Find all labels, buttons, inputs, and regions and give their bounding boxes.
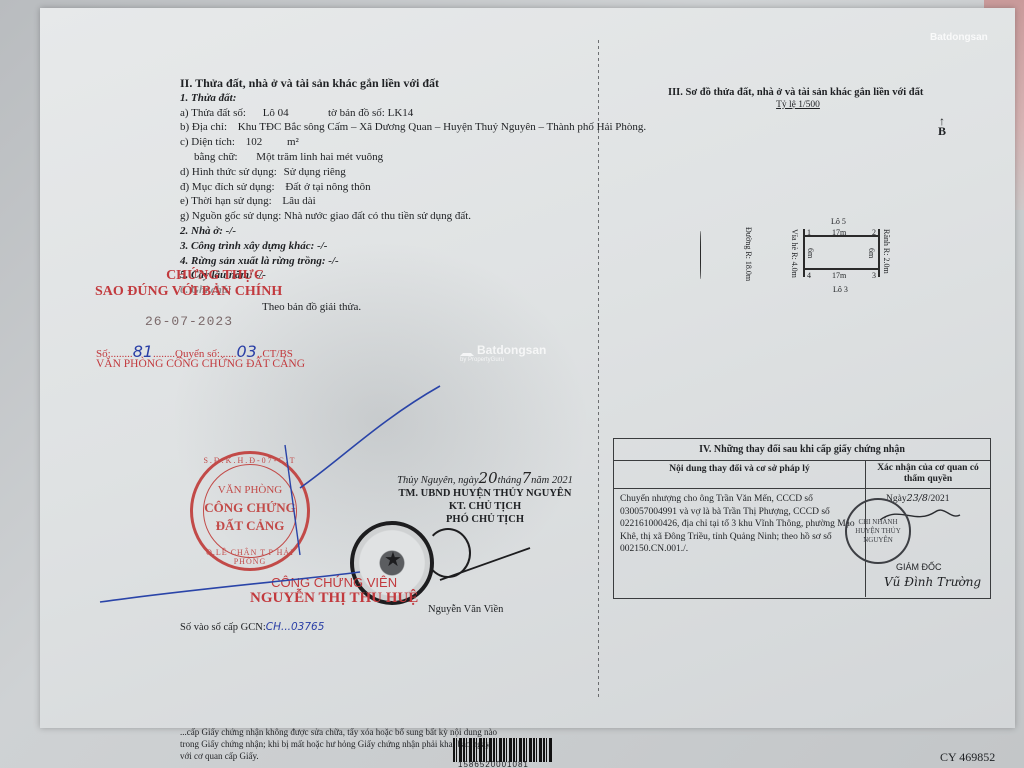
registry-label: Số vào sổ cấp GCN: bbox=[180, 622, 266, 633]
page-fold-line bbox=[598, 40, 599, 700]
term-row: e) Thời hạn sử dụng: Lâu dài bbox=[180, 194, 580, 209]
parcel-label: a) Thửa đất số: bbox=[180, 107, 246, 119]
forest-row: 4. Rừng sản xuất là rừng trồng: -/- bbox=[180, 254, 580, 269]
watermark-center-text: Batdongsan bbox=[477, 343, 546, 357]
notary-title: CÔNG CHỨNG VIÊN bbox=[250, 575, 418, 590]
bottom-neighbor-label: Lô 3 bbox=[833, 285, 848, 294]
col-content-header: Nội dung thay đổi và cơ sở pháp lý bbox=[614, 461, 866, 488]
signing-month-label: tháng bbox=[498, 475, 522, 486]
map-label: tờ bản đồ số: bbox=[328, 107, 385, 119]
area-words-label: bằng chữ: bbox=[194, 151, 238, 163]
signing-place: Thủy Nguyên, ngày bbox=[397, 475, 478, 486]
term-value: Lâu dài bbox=[282, 195, 315, 207]
area-words-row: bằng chữ: Một trăm linh hai mét vuông bbox=[180, 150, 580, 165]
section-title-ii: II. Thửa đất, nhà ở và tài sản khác gắn … bbox=[180, 76, 580, 91]
section-title-iii: III. Sơ đồ thửa đất, nhà ở và tài sản kh… bbox=[668, 87, 958, 98]
term-label: e) Thời hạn sử dụng: bbox=[180, 195, 272, 207]
origin-row: g) Nguồn gốc sử dụng: Nhà nước giao đất … bbox=[180, 209, 580, 224]
parcel-outline bbox=[804, 235, 879, 270]
parcel-left-edge bbox=[803, 229, 805, 277]
map-sheet: tờ bản đồ số: LK14 bbox=[328, 106, 413, 121]
seal-line2: CÔNG CHỨNG bbox=[193, 500, 307, 516]
address-value: Khu TĐC Bắc sông Cấm – Xã Dương Quan – H… bbox=[238, 121, 646, 133]
address-row: b) Địa chỉ: Khu TĐC Bắc sông Cấm – Xã Dư… bbox=[180, 120, 580, 135]
road-label: Đường R: 18.0m bbox=[744, 227, 753, 281]
house-logo-icon bbox=[460, 346, 474, 356]
signing-role1: KT. CHỦ TỊCH bbox=[380, 500, 590, 513]
confirm-date-value: 23/8 bbox=[907, 493, 928, 504]
purpose-label: đ) Mục đích sử dụng: bbox=[180, 181, 275, 193]
parcel-diagram-section: III. Sơ đồ thửa đất, nhà ở và tài sản kh… bbox=[668, 87, 958, 110]
warning-text: ...cấp Giấy chứng nhận không được sửa ch… bbox=[180, 726, 500, 762]
watermark-top-right: Batdongsan bbox=[930, 32, 988, 43]
area-label: c) Diện tích: bbox=[180, 136, 235, 148]
parcel-value: Lô 04 bbox=[263, 107, 289, 119]
area-value: 102 bbox=[246, 136, 263, 148]
area-words-value: Một trăm linh hai mét vuông bbox=[256, 151, 383, 163]
changes-table: IV. Những thay đổi sau khi cấp giấy chứn… bbox=[613, 438, 991, 599]
seal-line1: VĂN PHÒNG bbox=[193, 484, 307, 496]
cert-office: VĂN PHÒNG CÔNG CHỨNG ĐẤT CẢNG bbox=[96, 358, 305, 370]
changes-header-row: Nội dung thay đổi và cơ sở pháp lý Xác n… bbox=[614, 461, 990, 489]
confirm-role: GIÁM ĐỐC bbox=[896, 562, 942, 572]
north-arrow: ↑ B bbox=[938, 116, 946, 136]
signing-month: 7 bbox=[522, 469, 532, 487]
parcel-row: a) Thửa đất số: Lô 04 tờ bản đồ số: LK14 bbox=[180, 106, 580, 121]
purpose-row: đ) Mục đích sử dụng: Đất ở tại nông thôn bbox=[180, 180, 580, 195]
signing-org: TM. UBND HUYỆN THỦY NGUYÊN bbox=[380, 487, 590, 500]
seal-rim-bottom: Q.LÊ CHÂN T.P HẢI PHÒNG bbox=[193, 548, 307, 566]
watermark-center-sub: by PropertyGuru bbox=[460, 357, 546, 363]
notary-signature-block: CÔNG CHỨNG VIÊN NGUYỄN THỊ THU HUỆ bbox=[250, 575, 418, 607]
corner-3: 3 bbox=[872, 271, 876, 280]
change-content: Chuyển nhượng cho ông Trần Văn Mến, CCCD… bbox=[614, 489, 866, 597]
house-row: 2. Nhà ở: -/- bbox=[180, 224, 580, 239]
confirm-year: /2021 bbox=[928, 494, 950, 504]
bottom-length-label: 17m bbox=[832, 271, 846, 280]
signing-role2: PHÓ CHỦ TỊCH bbox=[380, 513, 590, 526]
barcode bbox=[453, 738, 553, 762]
branch-office-seal: CHI NHÁNH HUYỆN THỦY NGUYÊN bbox=[845, 498, 911, 564]
parcel-diagram: Đường R: 18.0m Vỉa hè R: 4.0m Rãnh R: 2.… bbox=[690, 215, 910, 300]
changes-row: Chuyển nhượng cho ông Trần Văn Mến, CCCD… bbox=[614, 489, 990, 597]
area-row: c) Diện tích: 102 m² bbox=[180, 135, 580, 150]
sidewalk-label: Vỉa hè R: 4.0m bbox=[790, 229, 799, 278]
address-label: b) Địa chỉ: bbox=[180, 121, 227, 133]
cert-date: 26-07-2023 bbox=[145, 314, 233, 329]
seal-line3: ĐẤT CẢNG bbox=[193, 518, 307, 534]
signing-year: năm 2021 bbox=[531, 475, 573, 486]
land-heading: 1. Thửa đất: bbox=[180, 91, 580, 106]
signature-mark bbox=[425, 528, 471, 578]
corner-4: 4 bbox=[807, 271, 811, 280]
seal-rim-top: S.Đ.K.H.Đ-07-C.T bbox=[193, 456, 307, 465]
col-confirm-header: Xác nhận của cơ quan có thẩm quyền bbox=[866, 461, 990, 488]
watermark-center: Batdongsan by PropertyGuru bbox=[460, 343, 546, 363]
notary-office-seal: S.Đ.K.H.Đ-07-C.T VĂN PHÒNG CÔNG CHỨNG ĐẤ… bbox=[190, 451, 310, 571]
usage-form-value: Sử dụng riêng bbox=[284, 166, 346, 178]
notary-name: NGUYỄN THỊ THU HUỆ bbox=[250, 590, 418, 607]
registry-number: Số vào sổ cấp GCN:CH...03765 bbox=[180, 621, 324, 633]
certificate-serial: CY 469852 bbox=[940, 750, 995, 765]
purpose-value: Đất ở tại nông thôn bbox=[285, 181, 370, 193]
changes-title: IV. Những thay đổi sau khi cấp giấy chứn… bbox=[614, 439, 990, 461]
area-unit: m² bbox=[287, 136, 299, 148]
top-neighbor-label: Lô 5 bbox=[831, 217, 846, 226]
barcode-number: 1586520001081 bbox=[458, 760, 529, 768]
signing-date: Thủy Nguyên, ngày20tháng7năm 2021 bbox=[380, 472, 590, 487]
signing-block: Thủy Nguyên, ngày20tháng7năm 2021 TM. UB… bbox=[380, 472, 590, 526]
north-label: B bbox=[938, 126, 946, 136]
origin-value: Nhà nước giao đất có thu tiền sử dụng đấ… bbox=[284, 210, 471, 222]
usage-form-label: d) Hình thức sử dụng: bbox=[180, 166, 277, 178]
diagram-scale: Tỷ lệ 1/500 bbox=[668, 100, 958, 110]
signing-day: 20 bbox=[479, 469, 498, 487]
road-boundary-line bbox=[700, 231, 702, 279]
signer-name: Nguyễn Văn Viền bbox=[428, 604, 503, 615]
other-works-row: 3. Công trình xây dựng khác: -/- bbox=[180, 239, 580, 254]
ditch-label: Rãnh R: 2.0m bbox=[882, 229, 891, 274]
notes-value: Theo bản đồ giải thửa. bbox=[180, 300, 580, 315]
parcel-right-edge bbox=[878, 229, 880, 277]
cert-line1: CHỨNG THỰC bbox=[95, 268, 325, 284]
confirm-name: Vũ Đình Trường bbox=[884, 575, 981, 589]
star-icon: ★ bbox=[384, 547, 402, 572]
map-value: LK14 bbox=[388, 107, 414, 119]
certified-copy-stamp: CHỨNG THỰC SAO ĐÚNG VỚI BẢN CHÍNH bbox=[95, 268, 325, 300]
origin-label: g) Nguồn gốc sử dụng: bbox=[180, 210, 281, 222]
registry-value: CH...03765 bbox=[266, 621, 325, 633]
usage-form-row: d) Hình thức sử dụng: Sử dụng riêng bbox=[180, 165, 580, 180]
cert-line2: SAO ĐÚNG VỚI BẢN CHÍNH bbox=[95, 284, 325, 300]
